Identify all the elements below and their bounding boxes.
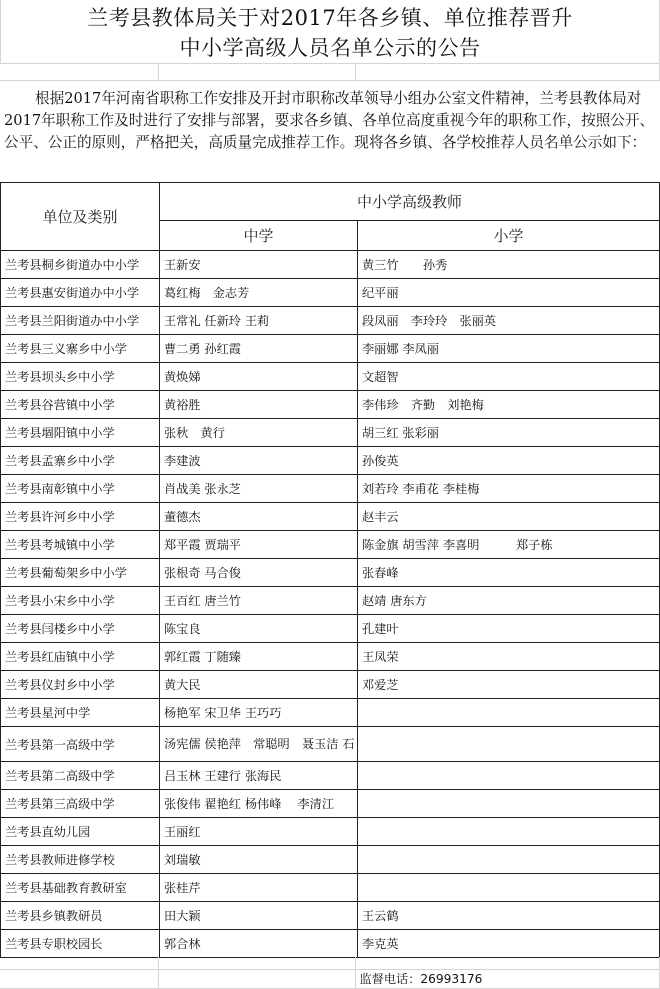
middle-school-names-cell[interactable]: 李建波 [160,447,358,475]
table-row: 兰考县教师进修学校刘瑞敏 [1,846,660,874]
blank-cell[interactable] [356,957,660,970]
table-row: 兰考县兰阳街道办中小学王常礼 任新玲 王莉段凤丽 李玲玲 张丽英 [1,307,660,335]
primary-school-names-cell[interactable] [358,818,660,846]
middle-school-names-cell[interactable]: 郑平霞 贾瑞平 [160,531,358,559]
unit-cell[interactable]: 兰考县基础教育教研室 [1,874,160,902]
table-row: 兰考县星河中学杨艳军 宋卫华 王巧巧 [1,699,660,727]
table-row: 兰考县仪封乡中小学黄大民邓爱芝 [1,671,660,699]
primary-school-names-cell[interactable] [358,699,660,727]
table-row: 兰考县堌阳镇中小学张秋 黄行胡三红 张彩丽 [1,419,660,447]
middle-school-names-cell[interactable]: 杨艳军 宋卫华 王巧巧 [160,699,358,727]
intro-paragraph: 根据2017年河南省职称工作安排及开封市职称改革领导小组办公室文件精神，兰考县教… [0,82,660,188]
primary-school-names-cell[interactable]: 孙俊英 [358,447,660,475]
middle-school-names-cell[interactable]: 黄大民 [160,671,358,699]
middle-school-names-cell[interactable]: 张根奇 马合俊 [160,559,358,587]
table-row: 兰考县坝头乡中小学黄焕娣文超智 [1,363,660,391]
unit-cell[interactable]: 兰考县谷营镇中小学 [1,391,160,419]
blank-cell[interactable] [159,64,357,81]
middle-school-names-cell[interactable]: 汤宪儒 侯艳萍 常聪明 聂玉洁 石 磊 黄 闯 徐香玲 [160,727,358,762]
primary-school-names-cell[interactable]: 赵丰云 [358,503,660,531]
unit-cell[interactable]: 兰考县小宋乡中小学 [1,587,160,615]
primary-school-names-cell[interactable]: 王云鹤 [358,902,660,930]
header-senior-teachers: 中小学高级教师 [160,183,660,221]
table-row: 兰考县闫楼乡中小学陈宝良孔建叶 [1,615,660,643]
table-row: 兰考县谷营镇中小学黄裕胜李伟珍 齐勤 刘艳梅 [1,391,660,419]
middle-school-names-cell[interactable]: 陈宝良 [160,615,358,643]
primary-school-names-cell[interactable] [358,846,660,874]
primary-school-names-cell[interactable]: 黄三竹 孙秀 [358,251,660,279]
header-primary-school: 小学 [358,221,660,251]
primary-school-names-cell[interactable] [358,762,660,790]
table-row: 兰考县三义寨乡中小学曹二勇 孙红霞李丽娜 李凤丽 [1,335,660,363]
middle-school-names-cell[interactable]: 黄焕娣 [160,363,358,391]
middle-school-names-cell[interactable]: 郭合林 [160,930,358,958]
unit-cell[interactable]: 兰考县红庙镇中小学 [1,643,160,671]
primary-school-names-cell[interactable]: 李伟珍 齐勤 刘艳梅 [358,391,660,419]
supervision-phone: 监督电话：26993176 [356,970,660,989]
middle-school-names-cell[interactable]: 葛红梅 金志芳 [160,279,358,307]
unit-cell[interactable]: 兰考县堌阳镇中小学 [1,419,160,447]
table-row: 兰考县惠安街道办中小学葛红梅 金志芳纪平丽 [1,279,660,307]
table-row: 兰考县直幼儿园王丽红 [1,818,660,846]
middle-school-names-cell[interactable]: 吕玉林 王建行 张海民 [160,762,358,790]
primary-school-names-cell[interactable] [358,790,660,818]
footer: 监督电话：26993176 [0,957,660,989]
unit-cell[interactable]: 兰考县仪封乡中小学 [1,671,160,699]
blank-cell[interactable] [356,64,660,81]
table-row: 兰考县小宋乡中小学王百红 唐兰竹 赵靖 唐东方 [1,587,660,615]
table-row: 兰考县红庙镇中小学郭红霞 丁随臻王凤荣 [1,643,660,671]
table-row: 兰考县第三高级中学张俊伟 翟艳红 杨伟峰 李清江 [1,790,660,818]
table-row: 兰考县专职校园长郭合林李克英 [1,930,660,958]
primary-school-names-cell[interactable]: 李丽娜 李凤丽 [358,335,660,363]
primary-school-names-cell[interactable] [358,874,660,902]
primary-school-names-cell[interactable]: 刘若玲 李甫花 李桂梅 [358,475,660,503]
table-row: 兰考县许河乡中小学董德杰赵丰云 [1,503,660,531]
unit-cell[interactable]: 兰考县第一高级中学 [1,727,160,762]
middle-school-names-cell[interactable]: 肖战美 张永芝 [160,475,358,503]
unit-cell[interactable]: 兰考县葡萄架乡中小学 [1,559,160,587]
middle-school-names-cell[interactable]: 刘瑞敏 [160,846,358,874]
primary-school-names-cell[interactable]: 张春峰 [358,559,660,587]
table-row: 兰考县孟寨乡中小学李建波孙俊英 [1,447,660,475]
blank-cell[interactable] [159,957,357,970]
middle-school-names-cell[interactable]: 董德杰 [160,503,358,531]
blank-cell[interactable] [159,970,357,989]
blank-cell[interactable] [0,970,159,989]
title-line-2: 中小学高级人员名单公示的公告 [1,33,659,63]
table-row: 兰考县第一高级中学汤宪儒 侯艳萍 常聪明 聂玉洁 石 磊 黄 闯 徐香玲 [1,727,660,762]
unit-cell[interactable]: 兰考县桐乡街道办中小学 [1,251,160,279]
blank-spacer-row [0,64,660,81]
unit-cell[interactable]: 兰考县南彰镇中小学 [1,475,160,503]
unit-cell[interactable]: 兰考县教师进修学校 [1,846,160,874]
middle-school-names-cell[interactable]: 王新安 [160,251,358,279]
unit-cell[interactable]: 兰考县直幼儿园 [1,818,160,846]
header-unit: 单位及类别 [1,183,160,251]
unit-cell[interactable]: 兰考县孟寨乡中小学 [1,447,160,475]
table-row: 兰考县葡萄架乡中小学张根奇 马合俊张春峰 [1,559,660,587]
middle-school-names-cell[interactable]: 王常礼 任新玲 王莉 [160,307,358,335]
table-row: 兰考县桐乡街道办中小学王新安黄三竹 孙秀 [1,251,660,279]
table-body: 兰考县桐乡街道办中小学王新安黄三竹 孙秀兰考县惠安街道办中小学葛红梅 金志芳纪平… [1,251,660,958]
table-row: 兰考县基础教育教研室张桂芹 [1,874,660,902]
table-row: 兰考县乡镇教研员田大颖王云鹤 [1,902,660,930]
unit-cell[interactable]: 兰考县乡镇教研员 [1,902,160,930]
header-middle-school: 中学 [160,221,358,251]
primary-school-names-cell[interactable] [358,727,660,762]
primary-school-names-cell[interactable]: 段凤丽 李玲玲 张丽英 [358,307,660,335]
unit-cell[interactable]: 兰考县惠安街道办中小学 [1,279,160,307]
primary-school-names-cell[interactable]: 赵靖 唐东方 [358,587,660,615]
table-row: 兰考县第二高级中学吕玉林 王建行 张海民 [1,762,660,790]
unit-cell[interactable]: 兰考县第二高级中学 [1,762,160,790]
unit-cell[interactable]: 兰考县三义寨乡中小学 [1,335,160,363]
middle-school-names-cell[interactable]: 张俊伟 翟艳红 杨伟峰 李清江 [160,790,358,818]
table-row: 兰考县考城镇中小学郑平霞 贾瑞平陈金旗 胡雪萍 李喜明 郑子栋 [1,531,660,559]
middle-school-names-cell[interactable]: 王百红 唐兰竹 [160,587,358,615]
primary-school-names-cell[interactable]: 孔建叶 [358,615,660,643]
primary-school-names-cell[interactable]: 陈金旗 胡雪萍 李喜明 郑子栋 [358,531,660,559]
table-row: 兰考县南彰镇中小学肖战美 张永芝刘若玲 李甫花 李桂梅 [1,475,660,503]
middle-school-names-cell[interactable]: 张秋 黄行 [160,419,358,447]
unit-cell[interactable]: 兰考县兰阳街道办中小学 [1,307,160,335]
middle-school-names-cell[interactable]: 郭红霞 丁随臻 [160,643,358,671]
blank-cell[interactable] [0,64,159,81]
unit-cell[interactable]: 兰考县考城镇中小学 [1,531,160,559]
title-line-1: 兰考县教体局关于对2017年各乡镇、单位推荐晋升 [1,0,659,33]
primary-school-names-cell[interactable]: 文超智 [358,363,660,391]
primary-school-names-cell[interactable]: 王凤荣 [358,643,660,671]
middle-school-names-cell[interactable]: 王丽红 [160,818,358,846]
middle-school-names-cell[interactable]: 黄裕胜 [160,391,358,419]
unit-cell[interactable]: 兰考县专职校园长 [1,930,160,958]
primary-school-names-cell[interactable]: 纪平丽 [358,279,660,307]
unit-cell[interactable]: 兰考县星河中学 [1,699,160,727]
blank-cell[interactable] [0,957,159,970]
middle-school-names-cell[interactable]: 张桂芹 [160,874,358,902]
middle-school-names-cell[interactable]: 田大颖 [160,902,358,930]
primary-school-names-cell[interactable]: 李克英 [358,930,660,958]
unit-cell[interactable]: 兰考县第三高级中学 [1,790,160,818]
primary-school-names-cell[interactable]: 邓爱芝 [358,671,660,699]
announcement-title: 兰考县教体局关于对2017年各乡镇、单位推荐晋升 中小学高级人员名单公示的公告 [0,0,660,64]
primary-school-names-cell[interactable]: 胡三红 张彩丽 [358,419,660,447]
recommendation-table: 单位及类别 中小学高级教师 中学 小学 兰考县桐乡街道办中小学王新安黄三竹 孙秀… [0,182,660,958]
unit-cell[interactable]: 兰考县许河乡中小学 [1,503,160,531]
middle-school-names-cell[interactable]: 曹二勇 孙红霞 [160,335,358,363]
unit-cell[interactable]: 兰考县坝头乡中小学 [1,363,160,391]
unit-cell[interactable]: 兰考县闫楼乡中小学 [1,615,160,643]
